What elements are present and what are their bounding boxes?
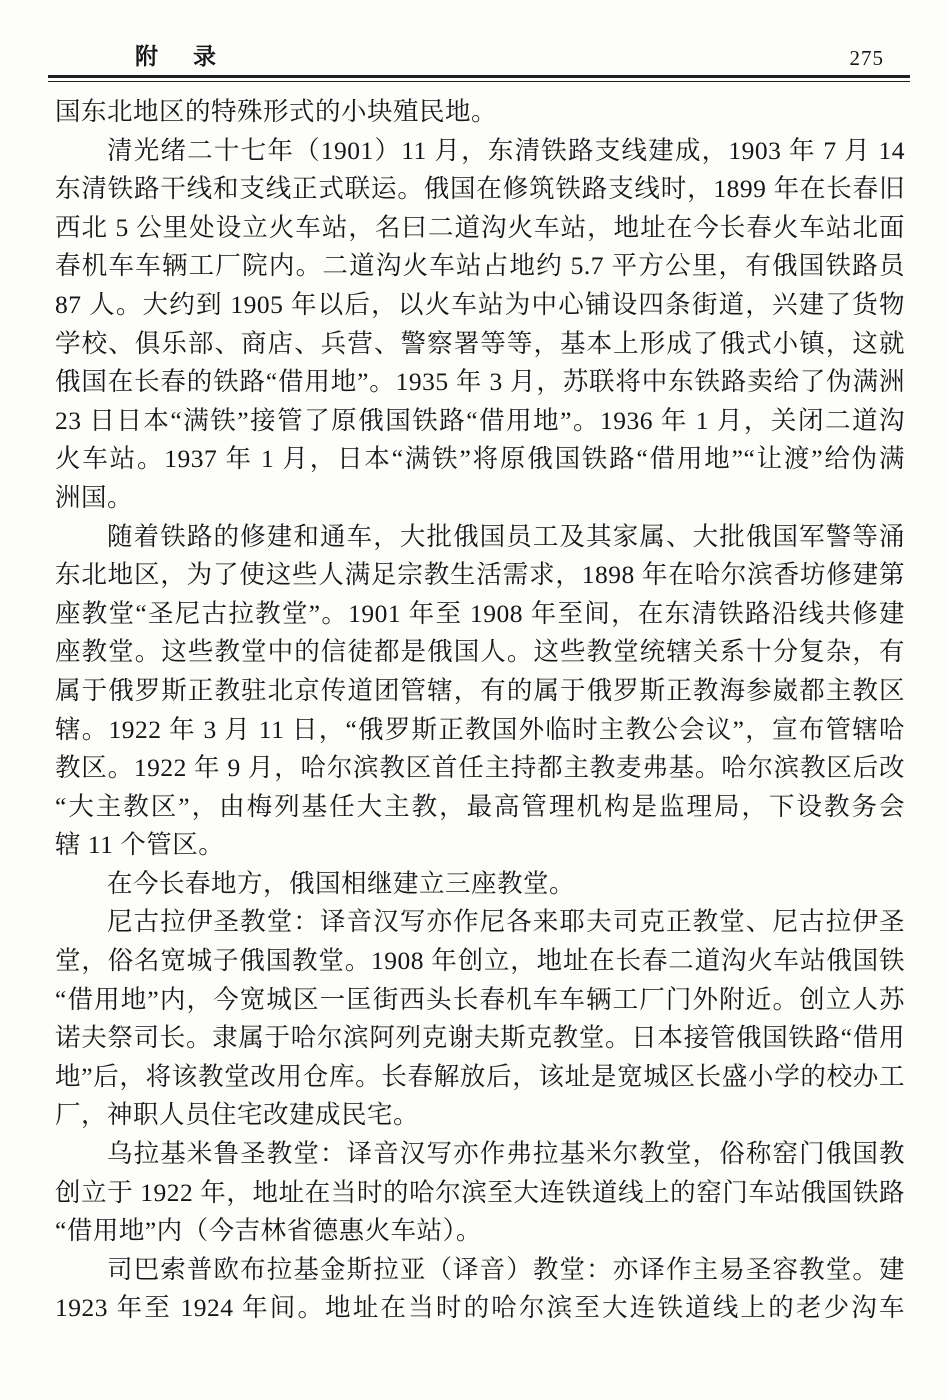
text-line: 辖 11 个管区。: [55, 826, 905, 865]
page-number: 275: [850, 46, 885, 71]
text-line: “借用地”内，今宽城区一匡街西头长春机车车辆工厂门外附近。创立人苏哈: [55, 981, 905, 1020]
text-line: “借用地”内（今吉林省德惠火车站）。: [55, 1212, 905, 1251]
text-line: 火车站。1937 年 1 月，日本“满铁”将原俄国铁路“借用地”“让渡”给伪满: [55, 440, 905, 479]
text-line: 教区。1922 年 9 月，哈尔滨教区首任主持都主教麦弗基。哈尔滨教区后改为: [55, 749, 905, 788]
text-line: 乌拉基米鲁圣教堂：译音汉写亦作弗拉基米尔教堂，俗称窑门俄国教堂。: [55, 1135, 905, 1174]
text-line: 创立于 1922 年，地址在当时的哈尔滨至大连铁道线上的窑门车站俄国铁路: [55, 1174, 905, 1213]
text-line: 属于俄罗斯正教驻北京传道团管辖，有的属于俄罗斯正教海参崴都主教区管: [55, 672, 905, 711]
text-line: 地”后，将该教堂改用仓库。长春解放后，该址是宽城区长盛小学的校办工: [55, 1058, 905, 1097]
text-line: 23 日日本“满铁”接管了原俄国铁路“借用地”。1936 年 1 月，关闭二道沟: [55, 402, 905, 441]
text-line: 堂，俗名宽城子俄国教堂。1908 年创立，地址在长春二道沟火车站俄国铁路: [55, 942, 905, 981]
text-line: 清光绪二十七年（1901）11 月，东清铁路支线建成，1903 年 7 月 14…: [55, 132, 905, 171]
text-line: 厂，神职人员住宅改建成民宅。: [55, 1096, 905, 1135]
text-line: 俄国在长春的铁路“借用地”。1935 年 3 月，苏联将中东铁路卖给了伪满洲国，: [55, 363, 905, 402]
text-line: 座教堂“圣尼古拉教堂”。1901 年至 1908 年至间，在东清铁路沿线共修建 …: [55, 595, 905, 634]
text-line: 座教堂。这些教堂中的信徒都是俄国人。这些教堂统辖关系十分复杂，有的: [55, 633, 905, 672]
scanned-book-page: 附 录 275 国东北地区的特殊形式的小块殖民地。清光绪二十七年（1901）11…: [0, 0, 950, 1400]
text-line: 随着铁路的修建和通车，大批俄国员工及其家属、大批俄国军警等涌进: [55, 518, 905, 557]
text-line: 辖。1922 年 3 月 11 日，“俄罗斯正教国外临时主教公会议”，宣布管辖哈…: [55, 711, 905, 750]
text-line: 春机车车辆工厂院内。二道沟火车站占地约 5.7 平方公里，有俄国铁路员工: [55, 247, 905, 286]
text-line: 东清铁路干线和支线正式联运。俄国在修筑铁路支线时，1899 年在长春旧城: [55, 170, 905, 209]
page-body: 国东北地区的特殊形式的小块殖民地。清光绪二十七年（1901）11 月，东清铁路支…: [55, 93, 905, 1328]
text-line: 在今长春地方，俄国相继建立三座教堂。: [55, 865, 905, 904]
text-line: “大主教区”，由梅列基任大主教，最高管理机构是监理局，下设教务会议，下: [55, 788, 905, 827]
text-line: 国东北地区的特殊形式的小块殖民地。: [55, 93, 905, 132]
running-header-title: 附 录: [135, 38, 222, 71]
text-line: 司巴索普欧布拉基金斯拉亚（译音）教堂：亦译作主易圣容教堂。建于: [55, 1251, 905, 1290]
text-line: 尼古拉伊圣教堂：译音汉写亦作尼各来耶夫司克正教堂、尼古拉伊圣教: [55, 903, 905, 942]
text-line: 诺夫祭司长。隶属于哈尔滨阿列克谢夫斯克教堂。日本接管俄国铁路“借用: [55, 1019, 905, 1058]
page-header: 附 录 275: [55, 38, 902, 71]
text-line: 西北 5 公里处设立火车站，名曰二道沟火车站，地址在今长春火车站北面长: [55, 209, 905, 248]
text-line: 洲国。: [55, 479, 905, 518]
text-line: 1923 年至 1924 年间。地址在当时的哈尔滨至大连铁道线上的老少沟车站，在: [55, 1289, 905, 1328]
text-line: 87 人。大约到 1905 年以后，以火车站为中心铺设四条街道，兴建了货物处、: [55, 286, 905, 325]
header-double-rule: [48, 75, 910, 82]
text-line: 东北地区，为了使这些人满足宗教生活需求，1898 年在哈尔滨香坊修建第一: [55, 556, 905, 595]
text-line: 学校、俱乐部、商店、兵营、警察署等等，基本上形成了俄式小镇，这就是: [55, 325, 905, 364]
